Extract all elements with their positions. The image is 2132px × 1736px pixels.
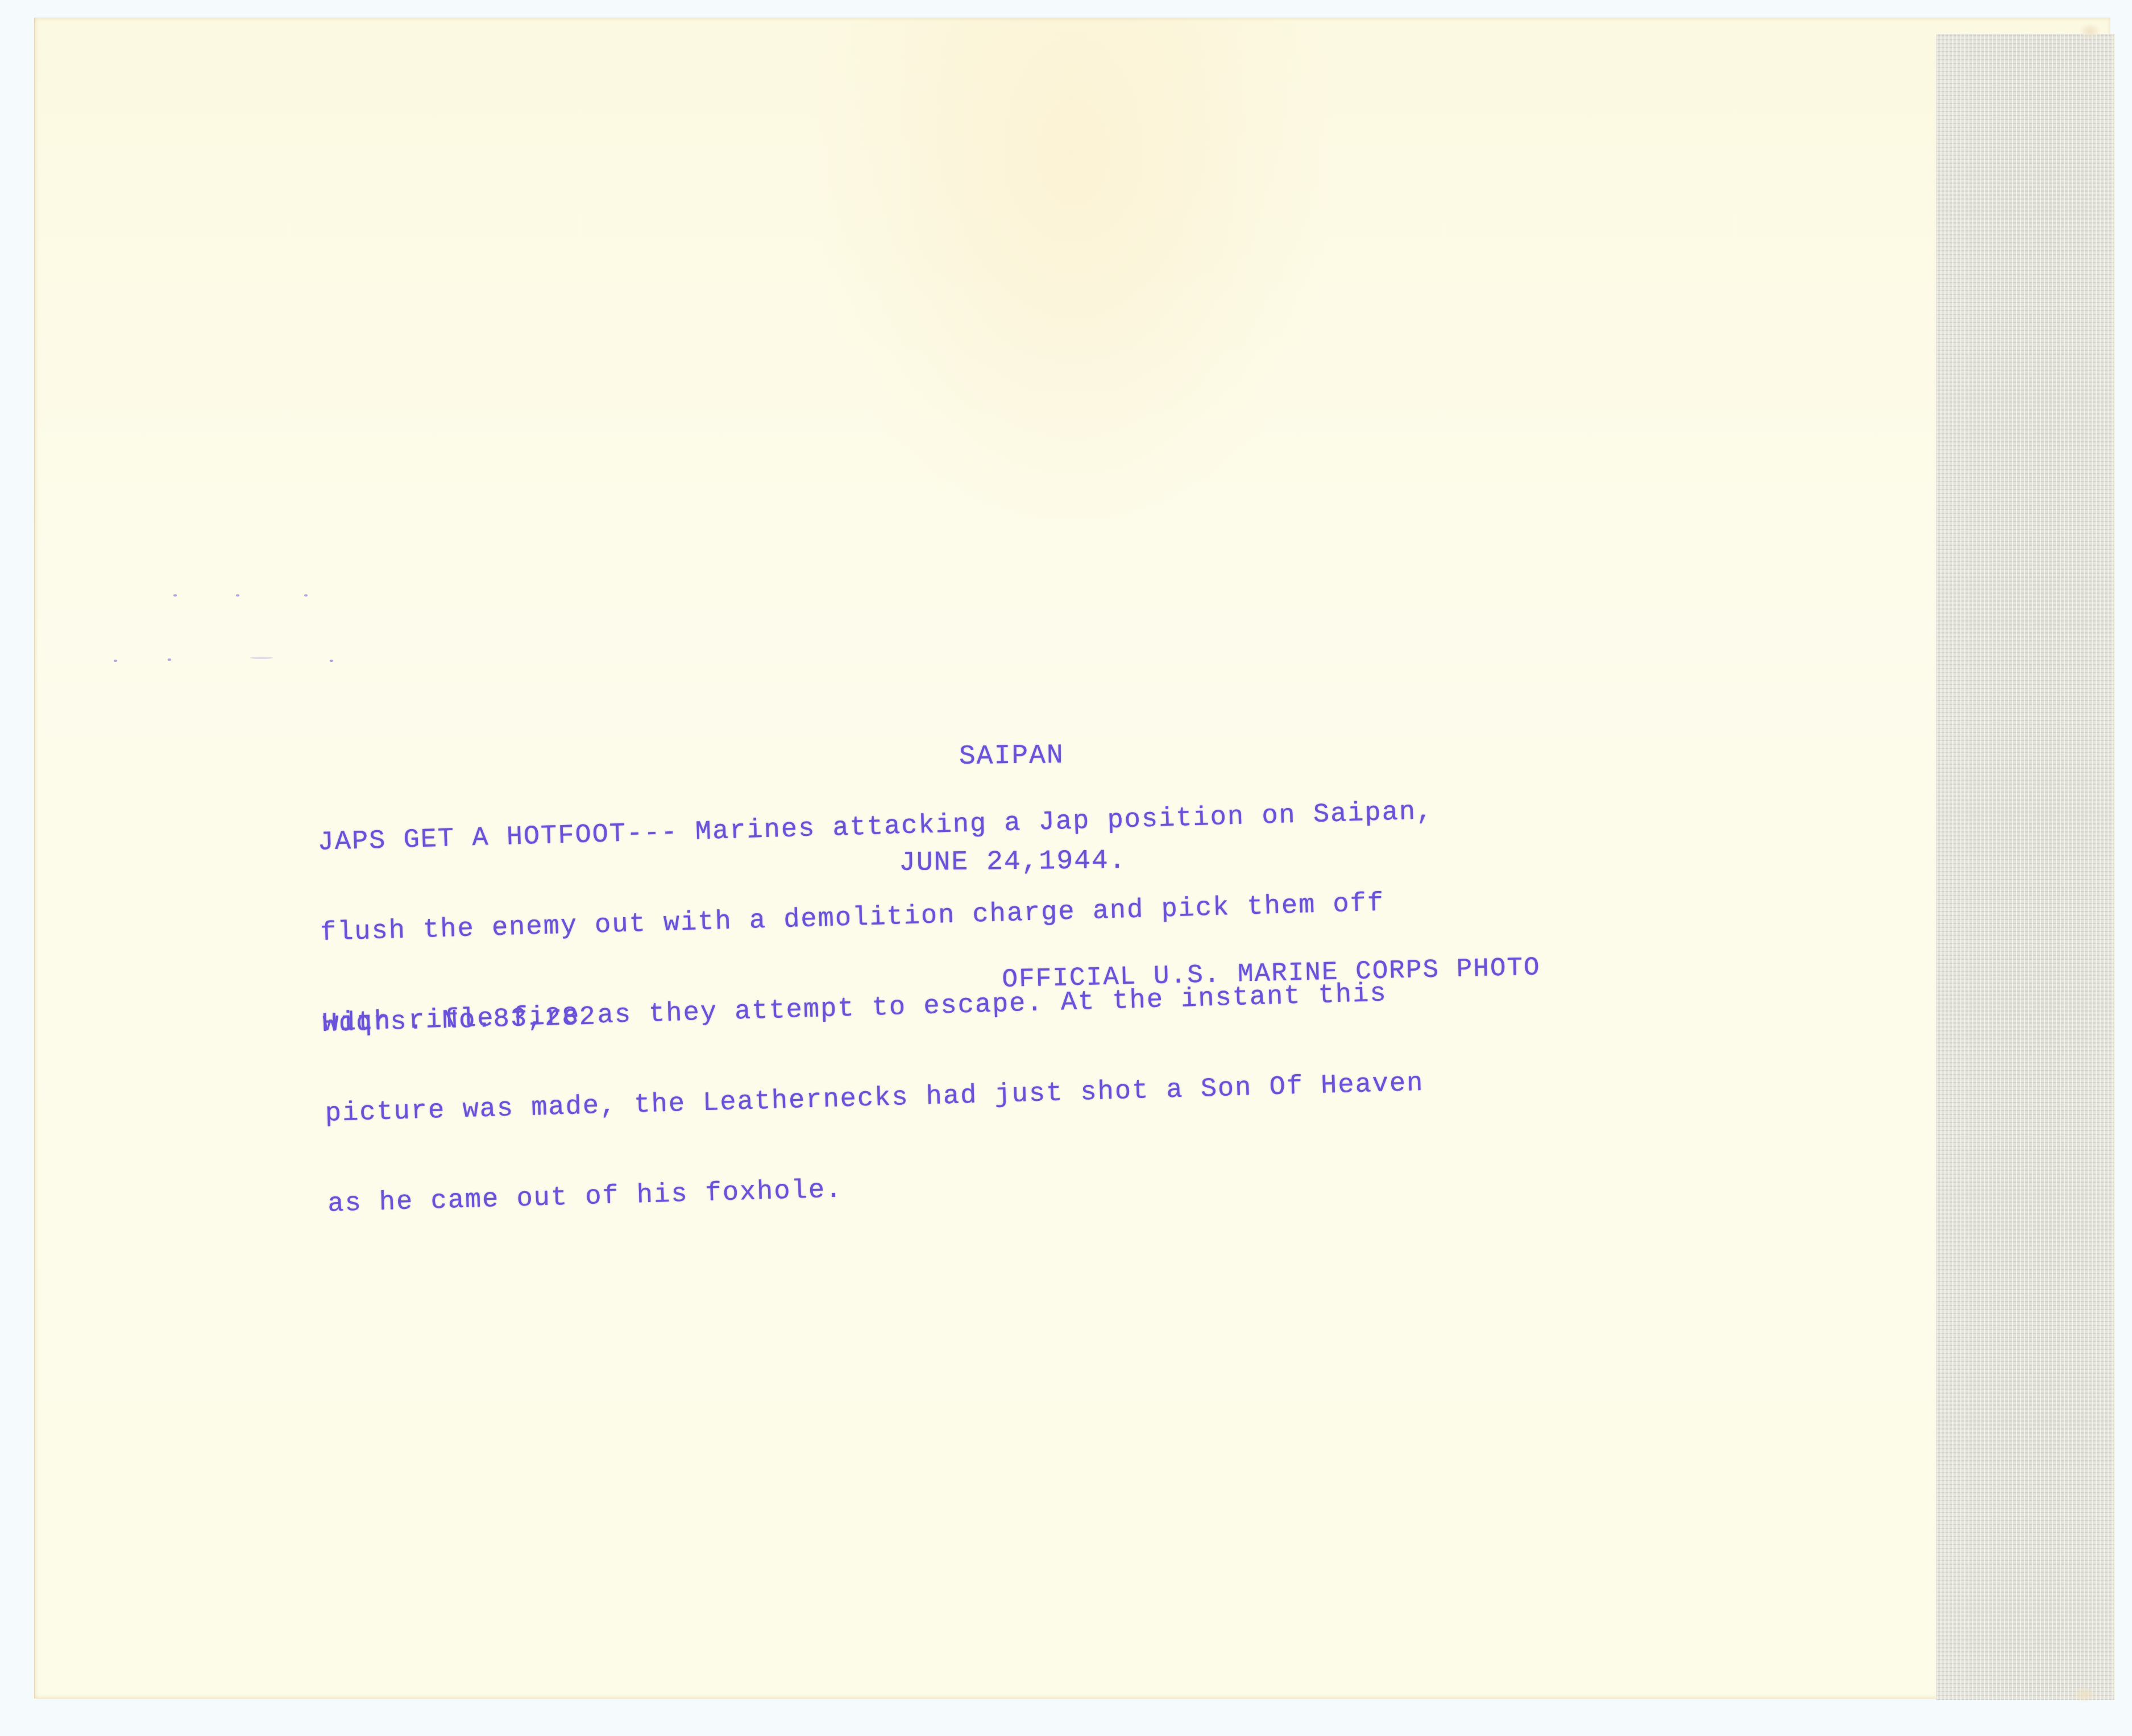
- caption-line: flush the enemy out with a demolition ch…: [320, 887, 1436, 948]
- tape-fray-top: [2079, 23, 2101, 40]
- caption-line: as he came out of his foxhole.: [327, 1158, 1444, 1220]
- caption-body: JAPS GET A HOTFOOT--- Marines attacking …: [316, 736, 1445, 1249]
- caption-line: picture was made, the Leathernecks had j…: [325, 1068, 1441, 1129]
- tape-fray-bottom: [2073, 1686, 2096, 1703]
- ink-specks: [114, 591, 398, 677]
- cloth-hinge-tape: [1936, 34, 2114, 1700]
- caption-line: JAPS GET A HOTFOOT--- Marines attacking …: [317, 797, 1434, 858]
